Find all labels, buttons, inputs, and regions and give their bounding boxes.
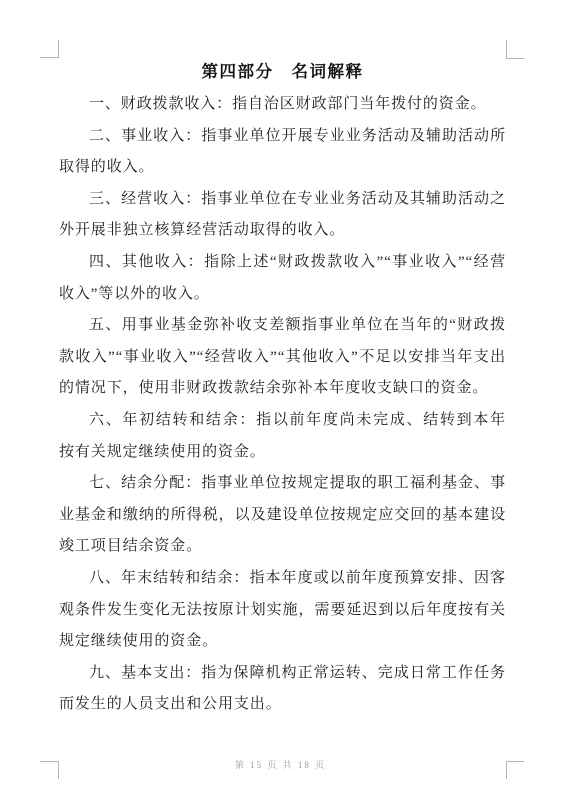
text-body: 第四部分 名词解释 一、财政拨款收入：指自治区财政部门当年拨付的资金。二、事业收…: [59, 56, 506, 721]
definition-paragraph: 三、经营收入：指事业单位在专业业务活动及其辅助活动之外开展非独立核算经营活动取得…: [59, 184, 506, 247]
definition-paragraph: 五、用事业基金弥补收支差额指事业单位在当年的“财政拨款收入”“事业收入”“经营收…: [59, 310, 506, 405]
definition-paragraph: 七、结余分配：指事业单位按规定提取的职工福利基金、事业基金和缴纳的所得税，以及建…: [59, 468, 506, 563]
definition-paragraph: 九、基本支出：指为保障机构正常运转、完成日常工作任务而发生的人员支出和公用支出。: [59, 658, 506, 721]
definition-list: 一、财政拨款收入：指自治区财政部门当年拨付的资金。二、事业收入：指事业单位开展专…: [59, 89, 506, 721]
margin-crop-mark-top-right: [506, 40, 524, 59]
definition-paragraph: 六、年初结转和结余：指以前年度尚未完成、结转到本年 按有关规定继续使用的资金。: [59, 405, 506, 468]
document-page: 第四部分 名词解释 一、财政拨款收入：指自治区财政部门当年拨付的资金。二、事业收…: [0, 0, 561, 804]
margin-crop-mark-top-left: [40, 40, 59, 58]
definition-paragraph: 八、年末结转和结余：指本年度或以前年度预算安排、因客观条件发生变化无法按原计划实…: [59, 563, 506, 658]
definition-paragraph: 四、其他收入：指除上述“财政拨款收入”“事业收入”“经营收入”等以外的收入。: [59, 247, 506, 310]
definition-paragraph: 二、事业收入：指事业单位开展专业业务活动及辅助活动所取得的收入。: [59, 121, 506, 184]
section-title: 第四部分 名词解释: [59, 56, 506, 89]
page-number-footer: 第 15 页 共 18 页: [0, 759, 561, 771]
definition-paragraph: 一、财政拨款收入：指自治区财政部门当年拨付的资金。: [59, 89, 506, 121]
